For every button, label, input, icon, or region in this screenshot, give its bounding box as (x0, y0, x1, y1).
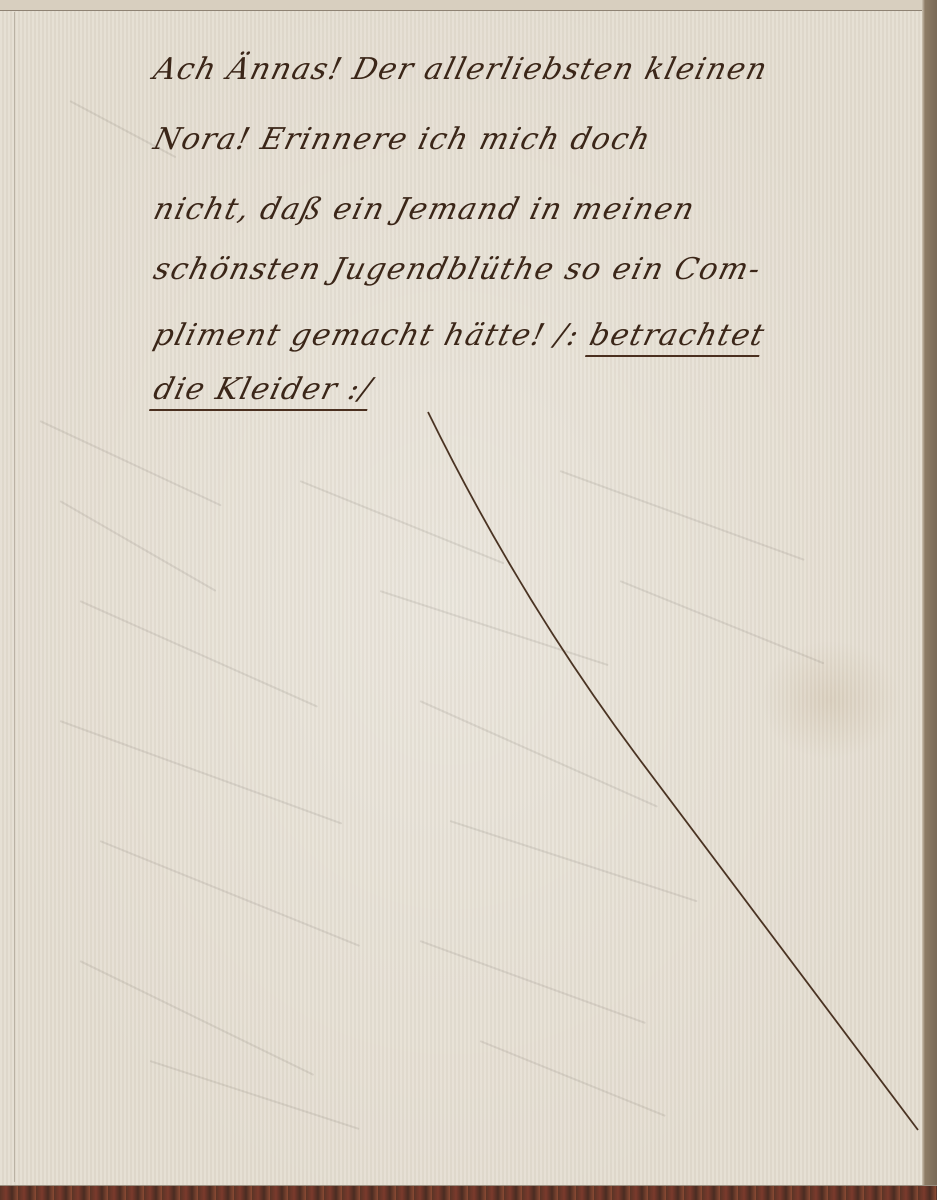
bleed-through-stroke (80, 600, 318, 708)
bleed-through-stroke (560, 470, 805, 561)
page-top-edge (0, 0, 937, 11)
bleed-through-stroke (100, 840, 360, 947)
line-text: schönsten Jugendblüthe so ein Com- (150, 252, 765, 287)
line-text: nicht, daß ein Jemand in meinen (150, 192, 699, 227)
bleed-through-stroke (450, 820, 698, 902)
line-text: Nora! Erinnere ich mich doch (150, 122, 655, 157)
bleed-through-stroke (620, 580, 825, 664)
bleed-through-stroke (420, 940, 646, 1024)
bleed-through-stroke (60, 500, 217, 592)
page-left-fold (14, 12, 15, 1182)
line-text: Ach Ännas! Der allerliebsten kleinen (150, 52, 772, 87)
handwriting-line-3: nicht, daß ein Jemand in meinen (150, 192, 699, 227)
paper-sheet (0, 0, 922, 1188)
handwriting-line-5: pliment gemacht hätte! /: betrachtet (150, 318, 769, 353)
bleed-through-stroke (60, 720, 343, 824)
book-binding-bottom (0, 1185, 937, 1200)
line-text: pliment gemacht hätte! /: (150, 318, 584, 353)
bleed-through-stroke (420, 700, 658, 808)
bleed-through-stroke (380, 590, 609, 666)
handwriting-line-2: Nora! Erinnere ich mich doch (150, 122, 655, 157)
bleed-through-stroke (80, 960, 315, 1076)
book-edge-right (922, 0, 937, 1200)
stage-direction-underlined: die Kleider :/ (149, 372, 376, 411)
bleed-through-stroke (300, 480, 505, 564)
bleed-through-stroke (480, 1040, 666, 1117)
stage-direction-underlined: betrachtet (585, 318, 769, 357)
handwriting-line-4: schönsten Jugendblüthe so ein Com- (150, 252, 765, 287)
manuscript-scan: Ach Ännas! Der allerliebsten kleinen Nor… (0, 0, 937, 1200)
bleed-through-stroke (40, 420, 222, 506)
handwriting-line-1: Ach Ännas! Der allerliebsten kleinen (150, 52, 772, 87)
bleed-through-stroke (150, 1060, 360, 1130)
handwriting-line-6: die Kleider :/ (150, 372, 376, 407)
